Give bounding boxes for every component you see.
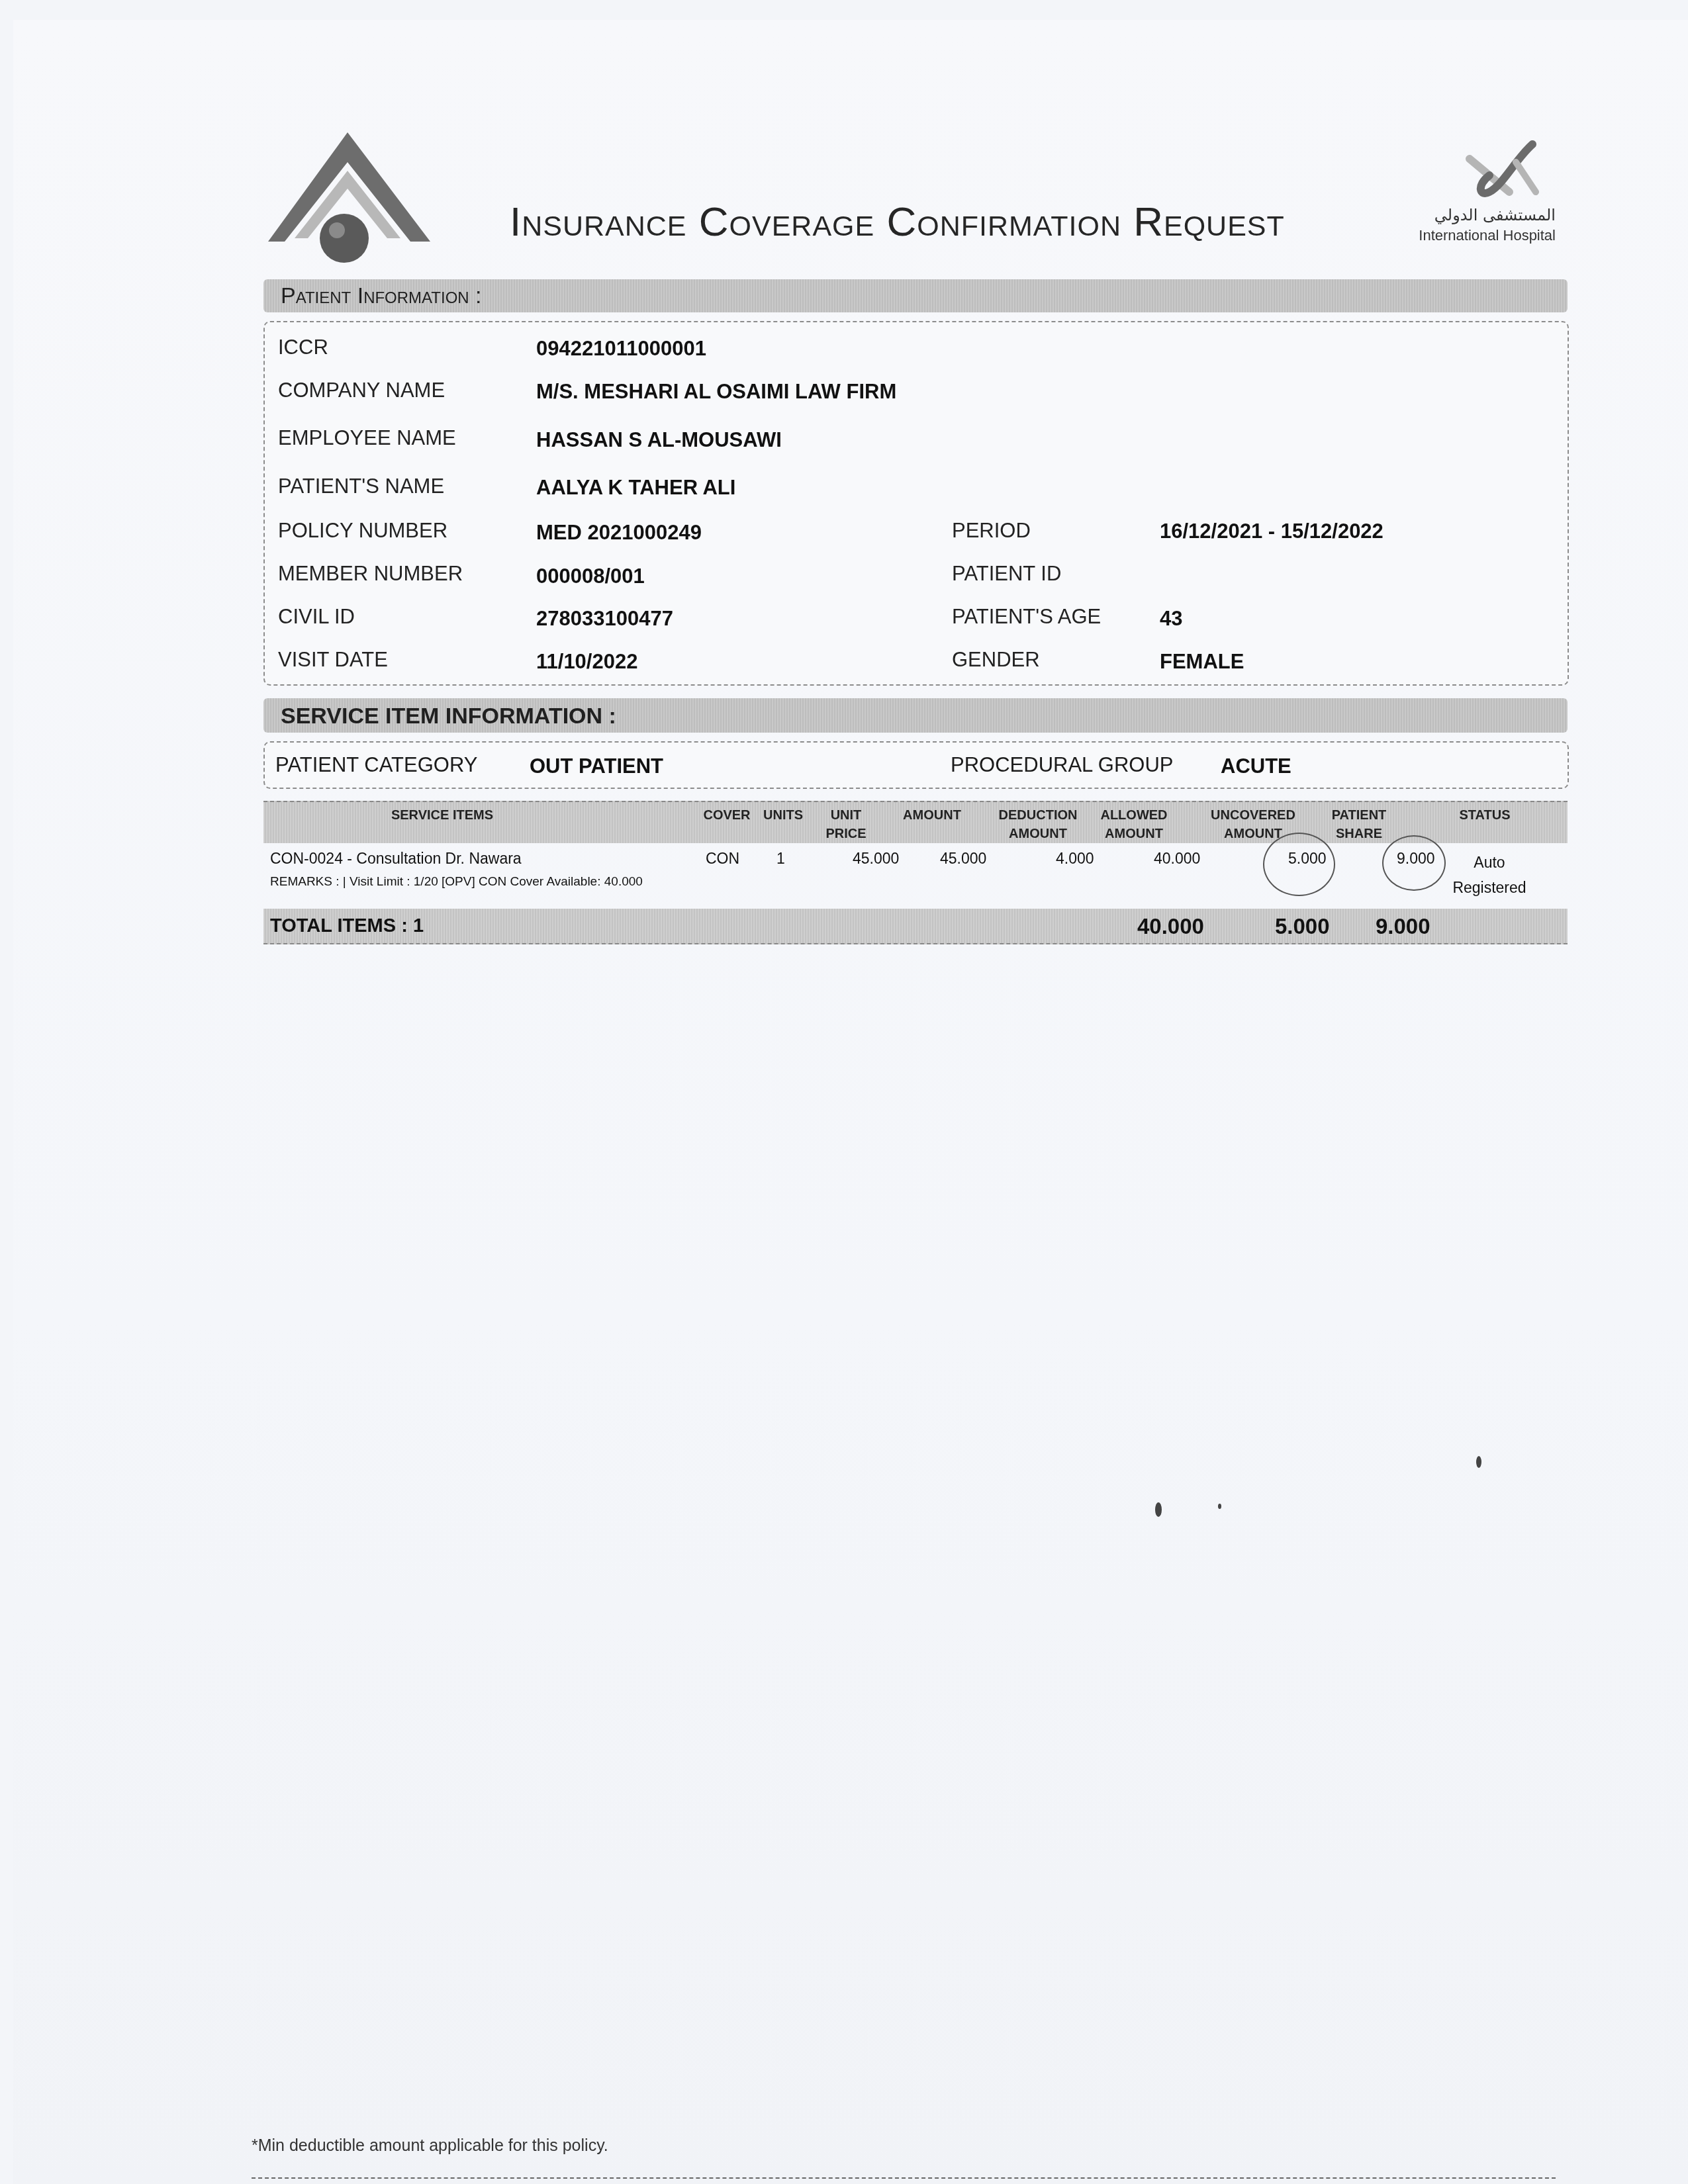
col-units: UNITS <box>757 806 810 825</box>
civil-id-value: 278033100477 <box>536 607 673 631</box>
patient-name-value: AALYA K TAHER ALI <box>536 476 735 500</box>
member-number-value: 000008/001 <box>536 565 645 588</box>
hospital-name-arabic: المستشفى الدولي <box>1410 206 1556 224</box>
service-item-information-header: SERVICE ITEM INFORMATION : <box>263 698 1568 733</box>
hospital-logo: المستشفى الدولي International Hospital <box>1410 139 1556 258</box>
handwritten-circle-mark <box>1263 833 1335 896</box>
patient-category-label: PATIENT CATEGORY <box>275 753 477 777</box>
company-name-value: M/S. MESHARI AL OSAIMI LAW FIRM <box>536 380 896 404</box>
total-items-label: TOTAL ITEMS : 1 <box>270 915 424 937</box>
scan-speck <box>1155 1502 1162 1517</box>
allowed-amount-value: 40.000 <box>1154 850 1200 868</box>
page-title: Insurance Coverage Confirmation Request <box>510 199 1285 246</box>
col-service-items: SERVICE ITEMS <box>316 806 568 825</box>
section-title: SERVICE ITEM INFORMATION : <box>281 704 616 729</box>
col-allowed-amount: ALLOWED AMOUNT <box>1098 806 1170 843</box>
footer-divider <box>252 2177 1556 2179</box>
field-gender: GENDER <box>952 648 1040 672</box>
patient-information-header: Patient Information : <box>263 279 1568 312</box>
visit-date-value: 11/10/2022 <box>536 650 637 674</box>
patient-age-value: 43 <box>1160 607 1182 631</box>
col-amount: AMOUNT <box>892 806 972 825</box>
deduction-amount-value: 4.000 <box>1056 850 1094 868</box>
units-value: 1 <box>776 850 785 868</box>
col-unit-price: UNIT PRICE <box>820 806 872 843</box>
period-value: 16/12/2021 - 15/12/2022 <box>1160 520 1383 543</box>
col-deduction-amount: DEDUCTION AMOUNT <box>992 806 1084 843</box>
col-status: STATUS <box>1448 806 1521 825</box>
amount-value: 45.000 <box>940 850 986 868</box>
intertwined-x-logo-icon <box>1463 139 1542 199</box>
patient-information-box: ICCR 094221011000001 COMPANY NAME M/S. M… <box>263 321 1569 686</box>
col-cover: COVER <box>700 806 753 825</box>
total-uncovered-amount: 5.000 <box>1275 914 1330 939</box>
field-iccr: ICCR <box>278 336 328 359</box>
policy-number-value: MED 2021000249 <box>536 521 702 545</box>
gender-value: FEMALE <box>1160 650 1244 674</box>
remarks-text: REMARKS : | Visit Limit : 1/20 [OPV] CON… <box>270 875 643 889</box>
field-visit-date: VISIT DATE <box>278 648 388 672</box>
total-patient-share: 9.000 <box>1376 914 1430 939</box>
triangle-globe-logo-icon <box>268 132 430 265</box>
hospital-name-english: International Hospital <box>1410 227 1556 244</box>
field-patient-age: PATIENT'S AGE <box>952 605 1101 629</box>
scan-speck <box>1476 1456 1481 1468</box>
handwritten-circle-mark <box>1382 835 1446 891</box>
section-title: Patient Information : <box>281 283 482 309</box>
field-civil-id: CIVIL ID <box>278 605 355 629</box>
unit-price-value: 45.000 <box>853 850 899 868</box>
field-company-name: COMPANY NAME <box>278 379 445 402</box>
procedural-group-value: ACUTE <box>1221 754 1291 778</box>
field-policy-number: POLICY NUMBER <box>278 519 447 543</box>
col-patient-share: PATIENT SHARE <box>1323 806 1395 843</box>
iccr-value: 094221011000001 <box>536 337 706 361</box>
field-employee-name: EMPLOYEE NAME <box>278 426 456 450</box>
field-period: PERIOD <box>952 519 1031 543</box>
service-item-name: CON-0024 - Consultation Dr. Nawara <box>270 850 522 868</box>
service-category-box: PATIENT CATEGORY OUT PATIENT PROCEDURAL … <box>263 741 1569 789</box>
insurer-logo <box>268 132 430 265</box>
table-header: SERVICE ITEMS COVER UNITS UNIT PRICE AMO… <box>263 801 1568 843</box>
total-allowed-amount: 40.000 <box>1137 914 1204 939</box>
status-value: Auto Registered <box>1450 850 1529 900</box>
field-patient-name: PATIENT'S NAME <box>278 475 444 498</box>
scan-speck <box>1218 1504 1221 1509</box>
table-totals-row: TOTAL ITEMS : 1 40.000 5.000 9.000 <box>263 909 1568 944</box>
employee-name-value: HASSAN S AL-MOUSAWI <box>536 428 782 452</box>
procedural-group-label: PROCEDURAL GROUP <box>951 753 1173 777</box>
field-patient-id: PATIENT ID <box>952 562 1061 586</box>
service-items-table: SERVICE ITEMS COVER UNITS UNIT PRICE AMO… <box>263 801 1568 946</box>
patient-category-value: OUT PATIENT <box>530 754 663 778</box>
footnote: *Min deductible amount applicable for th… <box>252 2136 608 2156</box>
cover-value: CON <box>706 850 739 868</box>
field-member-number: MEMBER NUMBER <box>278 562 463 586</box>
